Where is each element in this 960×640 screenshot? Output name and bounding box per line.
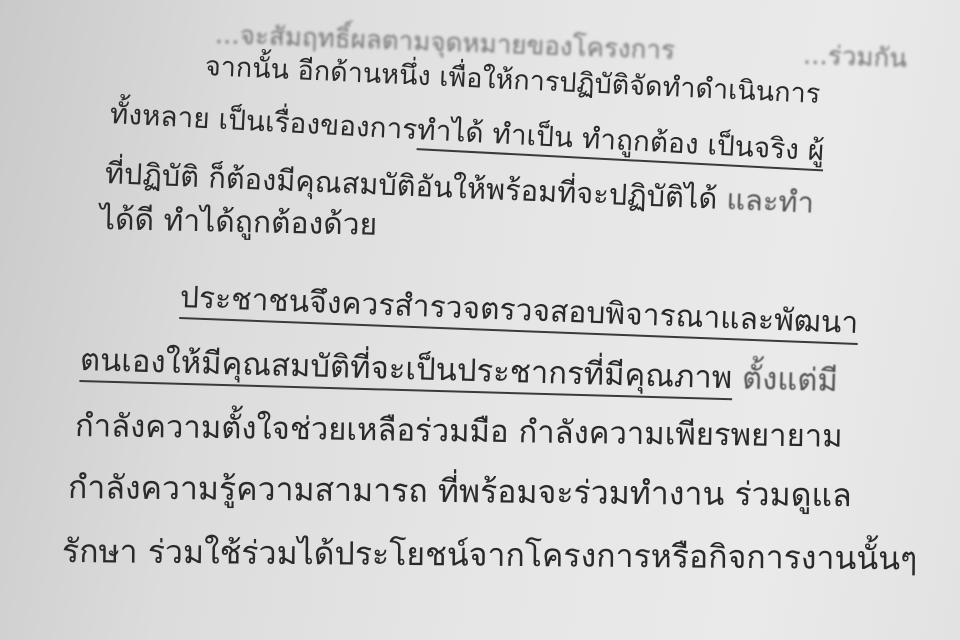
text-line-7: ตนเองให้มีคุณสมบัติที่จะเป็นประชากรที่มี… xyxy=(79,334,838,405)
line-9-text: กำลังความรู้ความสามารถ ที่พร้อมจะร่วมทำง… xyxy=(68,468,852,514)
line-3-pre: ทั้งหลาย เป็นเรื่องของการ xyxy=(109,97,418,146)
line-6-underlined: ประชาชนจึงควรสำรวจตรวจสอบพิจารณาและพัฒนา xyxy=(179,280,859,345)
line-10-text: รักษา ร่วมใช้ร่วมได้ประโยชน์จากโครงการหร… xyxy=(62,532,918,577)
book-page: ...จะสัมฤทธิ์ผลตามจุดหมายของโครงการ ...ร… xyxy=(0,0,960,640)
line-5-text: ได้ดี ทำได้ถูกต้องด้วย xyxy=(100,202,378,243)
line-1-tail: ...ร่วมกัน xyxy=(803,41,908,75)
text-line-8: กำลังความตั้งใจช่วยเหลือร่วมมือ กำลังควา… xyxy=(75,400,843,461)
text-line-10: รักษา ร่วมใช้ร่วมได้ประโยชน์จากโครงการหร… xyxy=(62,526,918,584)
line-3-underlined: ทำได้ ทำเป็น ทำถูกต้อง เป็นจริง ผู้ xyxy=(416,113,825,171)
line-4-tail: และทำ xyxy=(726,182,815,220)
text-line-6: ประชาชนจึงควรสำรวจตรวจสอบพิจารณาและพัฒนา xyxy=(179,274,859,347)
line-7-underlined: ตนเองให้มีคุณสมบัติที่จะเป็นประชากรที่มี… xyxy=(79,342,732,400)
line-8-text: กำลังความตั้งใจช่วยเหลือร่วมมือ กำลังควา… xyxy=(75,408,843,455)
text-line-9: กำลังความรู้ความสามารถ ที่พร้อมจะร่วมทำง… xyxy=(68,462,852,521)
line-7-tail: ตั้งแต่มี xyxy=(742,361,839,400)
text-line-5: ได้ดี ทำได้ถูกต้องด้วย xyxy=(100,196,378,249)
